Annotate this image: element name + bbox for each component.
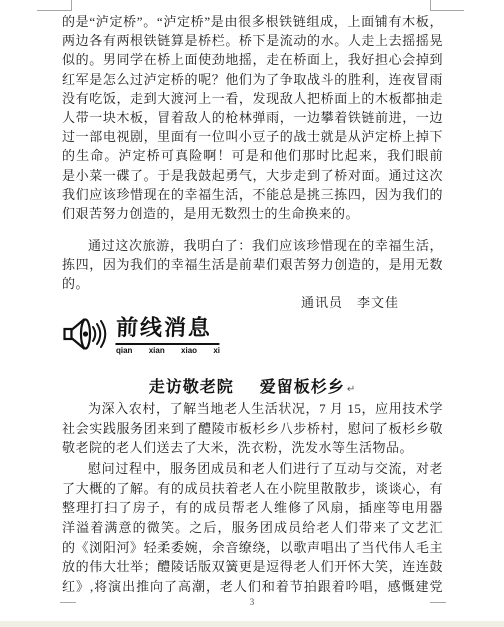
correspondent-byline: 通讯员 李文佳 [62, 292, 443, 311]
text-line: 洋溢着满意的微笑。之后，服务团成员给老人们带来了文艺汇演，其中女生合唱 [62, 518, 443, 538]
text-line: 慰问过程中，服务团成员和老人们进行了互动与交流，对老人的基本情况作 [62, 459, 443, 479]
text-line: 的《浏阳河》轻柔委婉，余音缭绕，以歌声唱出了当代伟人毛主席领导人民获得解 [62, 538, 443, 558]
paragraph-mark-icon: ↵ [347, 384, 356, 395]
text-line: 了大概的了解。有的成员扶着老人在小院里散散步，谈谈心，有的成员为老人们 [62, 479, 443, 499]
article-top-paragraph-1: 的是“泸定桥”。“泸定桥”是由很多根铁链组成，上面铺有木板，就是桥面。 两边各有… [62, 12, 443, 223]
article-bottom-paragraph-1: 为深入农村，了解当地老人生活状况，7 月 15，应用技术学院暑期“三下乡” 社会… [62, 399, 443, 458]
crop-mark-top-left-h [37, 10, 72, 11]
crop-mark-top-left-v [71, 0, 72, 11]
logo-text-block: 前线消息 qian xian xiao xi [116, 311, 220, 356]
heading-part-2: 爱留板杉乡 [260, 379, 345, 396]
crop-mark-top-right-v [430, 0, 431, 11]
text-line: 我们应该珍惜现在的幸福生活，不能总是挑三拣四，因为我们的幸福生活是前辈 [62, 185, 443, 204]
text-line: 整理打扫了房子，有的成员帮老人维修了风扇，插座等电用器具，老人们的脸上 [62, 498, 443, 518]
page-number: 3 [0, 597, 504, 607]
text-line: 们艰苦努力创造的，是用无数烈士的生命换来的。 [62, 204, 443, 223]
logo-pinyin: qian xian xiao xi [116, 346, 220, 356]
article-bottom-paragraph-2: 慰问过程中，服务团成员和老人们进行了互动与交流，对老人的基本情况作 了大概的了解… [62, 459, 443, 597]
heading-part-1: 走访敬老院 [149, 379, 234, 396]
text-line: 敬老院的老人们送去了大米，洗衣粉，洗发水等生活物品。 [62, 438, 443, 458]
text-line: 人带一块木板，冒着敌人的枪林弹雨，一边攀着铁链前进，一边铺桥。我曾经看 [62, 108, 443, 127]
text-line: 的。 [62, 274, 443, 293]
text-line: 拣四，因为我们的幸福生活是前辈们艰苦努力创造的，是用无数烈士的生命换来 [62, 255, 443, 274]
text-line: 的是“泸定桥”。“泸定桥”是由很多根铁链组成，上面铺有木板，就是桥面。 [62, 12, 443, 31]
text-line: 似的。男同学在桥上面使劲地摇，走在桥面上，我好担心会掉到水中。可是当年 [62, 50, 443, 69]
document-page: 的是“泸定桥”。“泸定桥”是由很多根铁链组成，上面铺有木板，就是桥面。 两边各有… [0, 0, 504, 627]
text-line: 的生命。泸定桥可真险啊！可是和他们那时比起来，我们眼前的“泸定桥”可仅 [62, 146, 443, 165]
text-line: 社会实践服务团来到了醴陵市板杉乡八步桥村，慰问了板杉乡敬老院老人,并给 [62, 419, 443, 439]
text-line: 红军是怎么过泸定桥的呢？他们为了争取战斗的胜利，连夜冒雨赶路，一天一夜 [62, 70, 443, 89]
text-line: 为深入农村，了解当地老人生活状况，7 月 15，应用技术学院暑期“三下乡” [62, 399, 443, 419]
article-top-paragraph-2: 通过这次旅游，我明白了：我们应该珍惜现在的幸福生活，不能总是挑三 拣四，因为我们… [62, 236, 443, 294]
megaphone-icon [63, 315, 109, 353]
page-bottom-edge [0, 621, 504, 627]
article-heading: 走访敬老院爱留板杉乡↵ [62, 374, 443, 397]
text-line: 红》,将演出推向了高潮，老人们和着节拍跟着吟唱，感慨建党 90 年来中国翻天 [62, 577, 443, 597]
text-line: 是小菜一碟了。于是我鼓起勇气，大步走到了桥对面。通过这次旅游，我明白了： [62, 166, 443, 185]
text-line: 放的伟大壮举；醴陵话版双簧更是逗得老人们开怀大笑，连连鼓掌；一首《东方 [62, 557, 443, 577]
text-line: 没有吃饭，走到大渡河上一看，发现敌人把桥面上的木板都抽走了，他们只好一 [62, 89, 443, 108]
text-line: 两边各有两根铁链算是桥栏。桥下是流动的水。人走上去摇摇晃晃，就像荡秋千 [62, 31, 443, 50]
crop-mark-top-right-h [430, 10, 464, 11]
text-line: 通过这次旅游，我明白了：我们应该珍惜现在的幸福生活，不能总是挑三 [62, 236, 443, 255]
frontline-news-logo: 前线消息 qian xian xiao xi [63, 311, 220, 356]
logo-title: 前线消息 [115, 311, 220, 345]
text-line: 过一部电视剧，里面有一位叫小豆子的战士就是从泸定桥上掉下去，献出了年轻 [62, 127, 443, 146]
